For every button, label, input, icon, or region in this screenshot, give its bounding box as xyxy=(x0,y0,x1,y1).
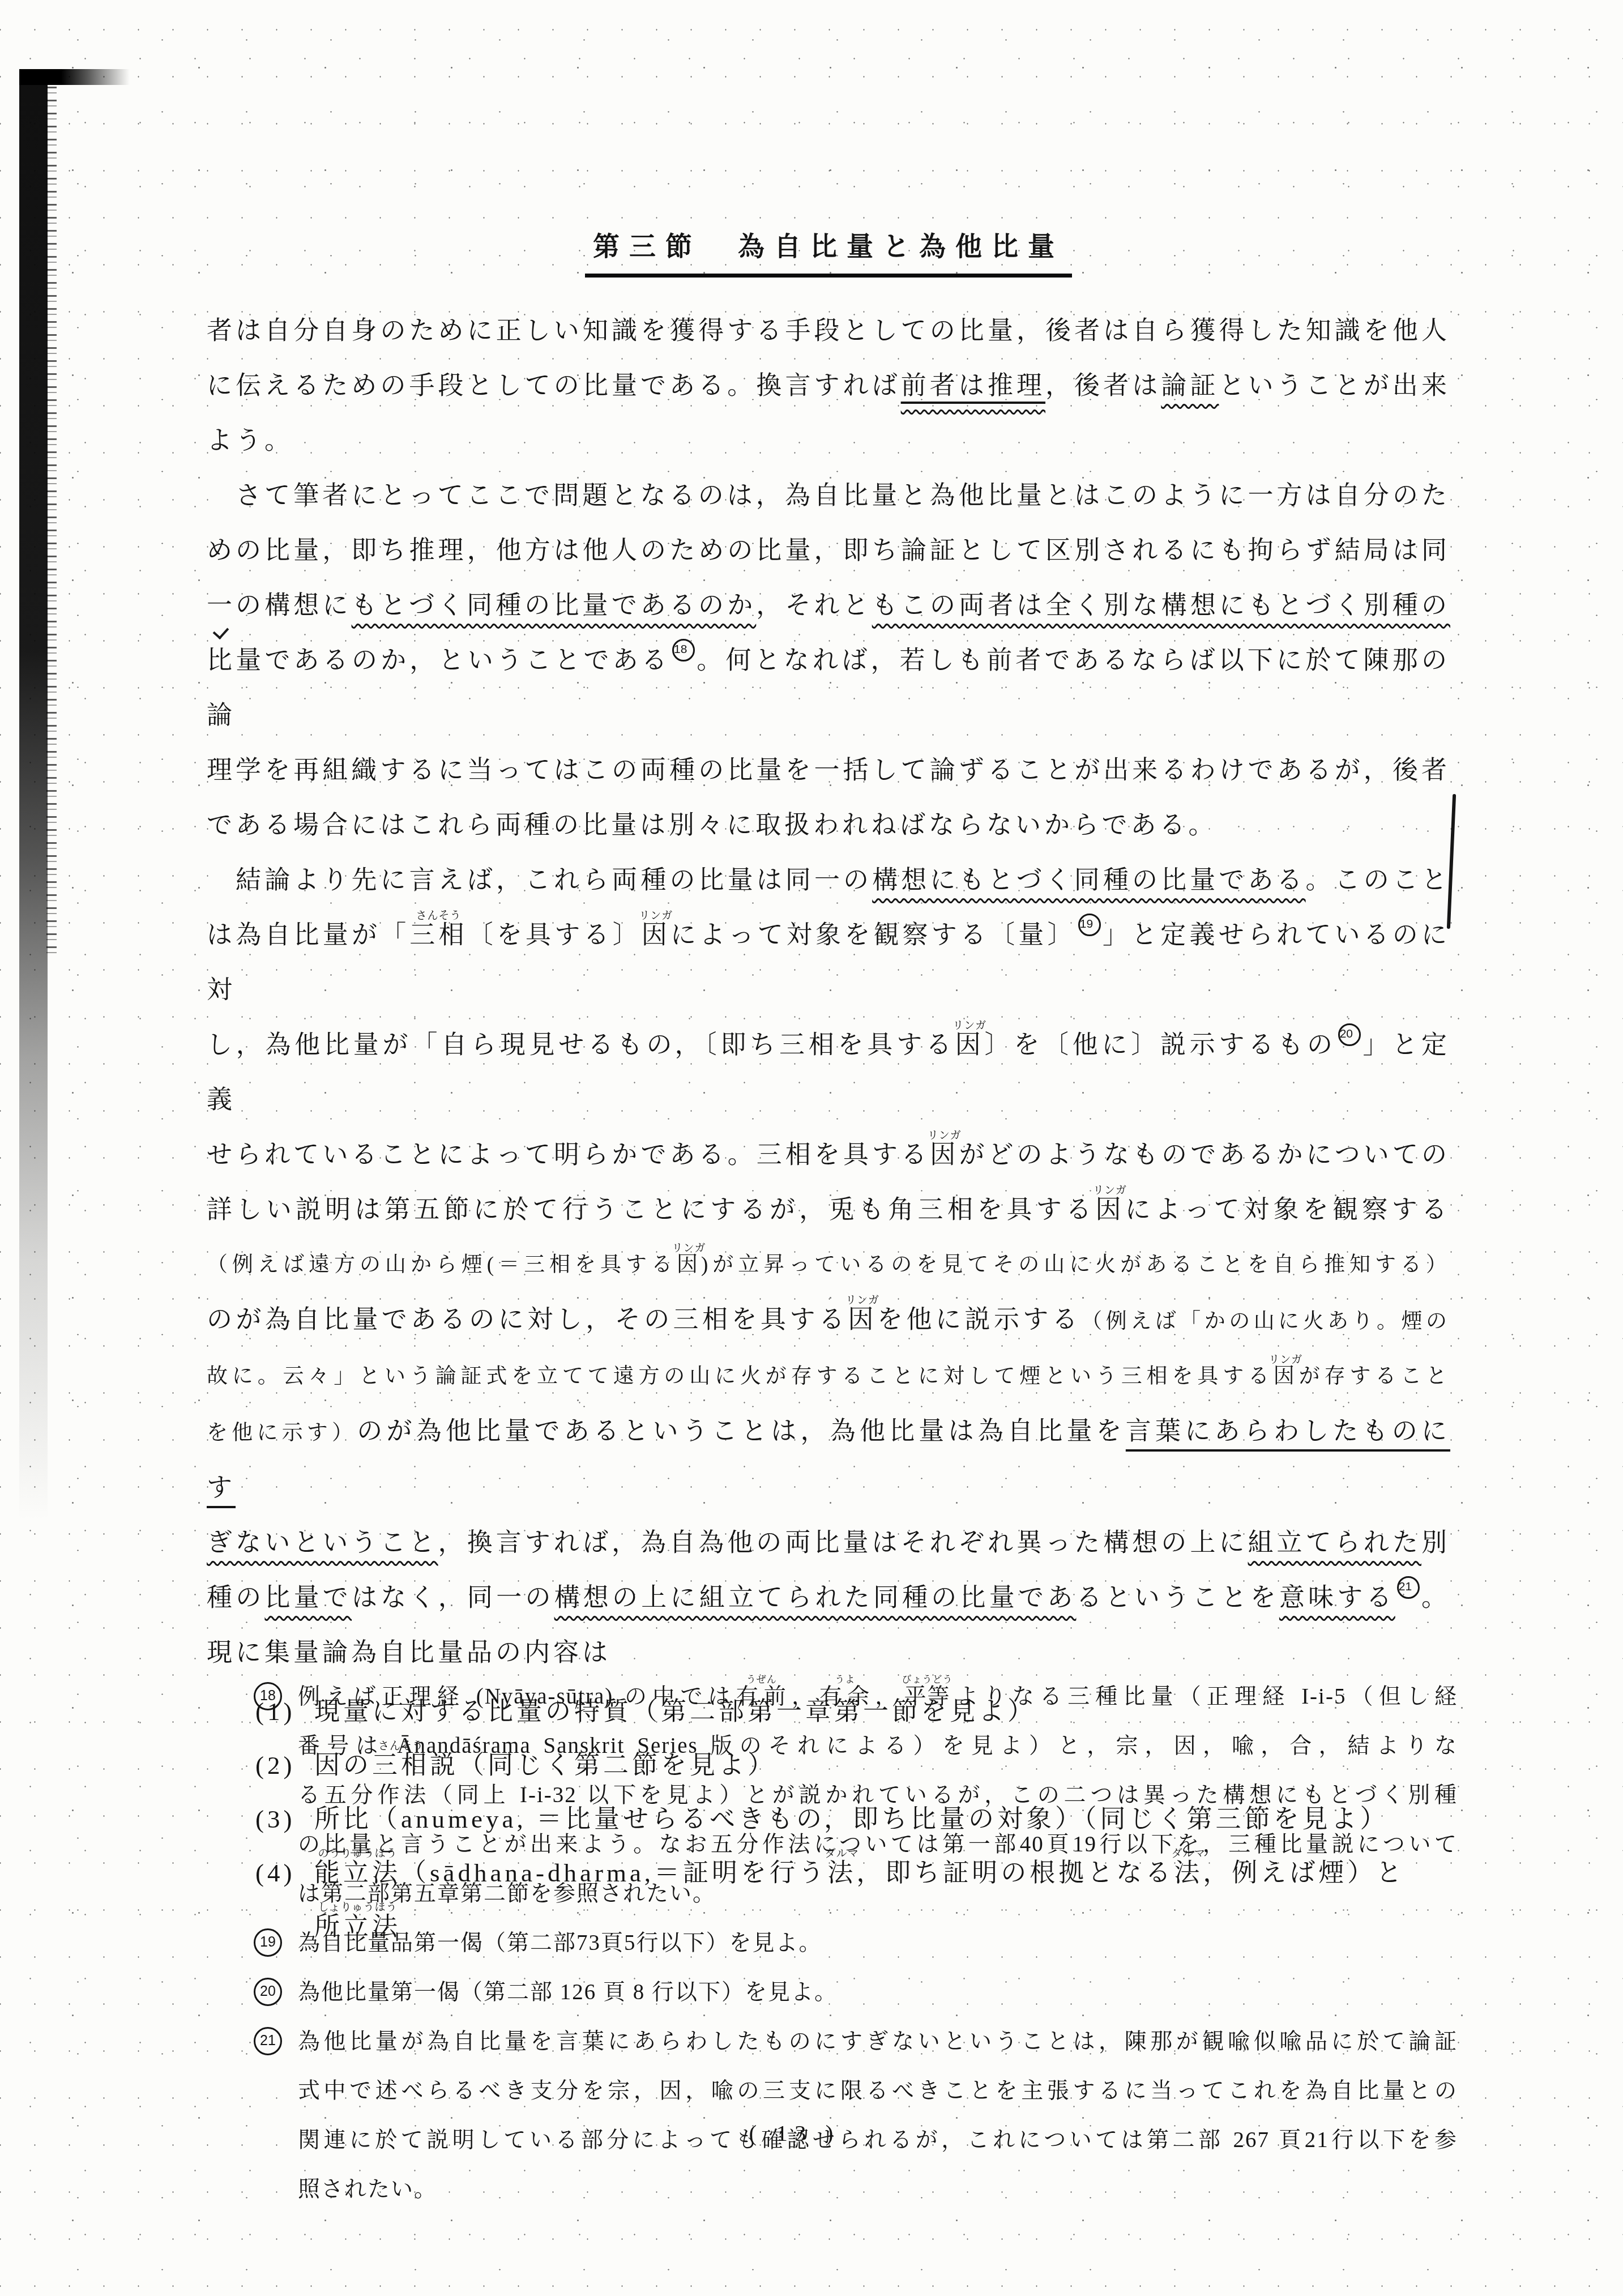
text-run: 式中で述べらるべき支分を宗，因，喩の三支に限るべきことを主張するに当ってこれを為… xyxy=(298,2079,1458,2103)
ruby-reading: さんそう xyxy=(409,910,467,922)
ruby-term: 因リンガ xyxy=(1274,1365,1298,1388)
text-run: せられていることによって明らかである。三相を具する xyxy=(207,1141,930,1169)
text-run: 理学を再組織するに当ってはこの両種の比量を一括して論ずることが出来るわけであるが… xyxy=(207,756,1450,784)
footnote-number: 18 xyxy=(254,1682,282,1710)
footnote-number: 20 xyxy=(254,1978,282,2006)
paragraph: 結論より先に言えば，これら両種の比量は同一の構想にもとづく同種の比量である。この… xyxy=(207,853,1450,1625)
ruby-term: 因リンガ xyxy=(848,1305,877,1334)
footnote-ref: 21 xyxy=(1397,1576,1420,1599)
text-run: （例えば「かの山に火あり。煙の xyxy=(1081,1310,1450,1333)
text-run: 〔を具する〕 xyxy=(468,921,642,949)
scan-edge-band xyxy=(19,71,48,1521)
text-run: はなく，同一の xyxy=(352,1584,554,1612)
text-run: のが為自比量であるのに対し，その三相を具する xyxy=(207,1305,848,1334)
ruby-term: 因リンガ xyxy=(930,1141,959,1169)
footnote-number: 19 xyxy=(254,1928,282,1957)
ruby-reading: うぜん xyxy=(736,1674,787,1685)
text-line: めの比量，即ち推理，他方は他人のための比量，即ち論証として区別されるにも拘らず結… xyxy=(207,523,1450,578)
text-run: 一の構想に xyxy=(207,591,352,620)
text-run: ，それと xyxy=(756,591,872,620)
text-line: 為他比量が為自比量を言葉にあらわしたものにすぎないということは，陳那が観喩似喩品… xyxy=(298,2017,1458,2066)
text-line: は為自比量が「三相さんそう〔を具する〕因リンガによって対象を観察する〔量〕19」… xyxy=(207,908,1450,1018)
text-run: 為他比量が為自比量を言葉にあらわしたものにすぎないということは，陳那が観喩似喩品… xyxy=(298,2029,1458,2054)
text-run: もとづく同種の比量であるのか xyxy=(352,591,757,620)
text-run: を他に説示する xyxy=(877,1305,1082,1334)
text-run: よう。 xyxy=(207,426,293,455)
scanned-page: { "document": { "title": "第三節 為自比量と為他比量"… xyxy=(0,0,1623,2296)
text-run: ，後者は xyxy=(1045,372,1161,400)
text-run: 為自比量品第一偈（第二部73頁5行以下）を見よ。 xyxy=(298,1931,822,1955)
footnote: 20為他比量第一偈（第二部 126 頁 8 行以下）を見よ。 xyxy=(254,1968,1458,2017)
section-title-wrap: 第三節 為自比量と為他比量 xyxy=(207,225,1450,278)
text-line: 一の構想にもとづく同種の比量であるのか，それともこの両者は全く別な構想にもとづく… xyxy=(207,578,1450,633)
ruby-reading: リンガ xyxy=(928,1130,962,1142)
text-run: （例えば遠方の山から煙(＝三相を具する xyxy=(207,1253,677,1277)
ruby-term: 因リンガ xyxy=(677,1253,701,1277)
ruby-term: 因リンガ xyxy=(955,1031,984,1059)
footnote-body: 為他比量第一偈（第二部 126 頁 8 行以下）を見よ。 xyxy=(298,1968,1458,2017)
text-run: 現に集量論為自比量品の内容は xyxy=(207,1638,611,1667)
ruby-term: 有前うぜん xyxy=(736,1684,792,1709)
text-run: 組立てられた xyxy=(1248,1529,1421,1557)
ruby-reading: リンガ xyxy=(1268,1354,1302,1366)
text-run: は為自比量が「 xyxy=(207,921,409,949)
text-line: し，為他比量が「自ら現見せるもの，〔即ち三相を具する因リンガ〕を〔他に〕説示する… xyxy=(207,1018,1450,1128)
paragraph: さて筆者にとってここで問題となるのは，為自比量と為他比量とはこのように一方は自分… xyxy=(207,468,1450,853)
text-line: る五分作法（同上 I-i-32 以下を見よ）とが説かれているが，この二つは異った… xyxy=(298,1770,1458,1820)
ruby-term: 平等びょうどう xyxy=(903,1684,952,1709)
text-run: 照されたい。 xyxy=(298,2177,437,2201)
footnote-ref: 19 xyxy=(1078,914,1101,936)
footnote-ref: 18 xyxy=(672,639,695,662)
text-line: 結論より先に言えば，これら両種の比量は同一の構想にもとづく同種の比量である。この… xyxy=(207,853,1450,908)
text-line: （例えば遠方の山から煙(＝三相を具する因リンガ)が立昇っているのを見てその山に火… xyxy=(207,1237,1450,1292)
ruby-reading: うよ xyxy=(819,1674,870,1685)
text-line: 番号は Ānandāśrama Sanskrit Series 版のそれによる）… xyxy=(298,1721,1458,1770)
text-line: の比量と言うことが出来よう。なお五分作法については第一部40頁19行以下を，三種… xyxy=(298,1820,1458,1869)
ruby-term: 因リンガ xyxy=(1095,1196,1124,1224)
text-run: ， xyxy=(792,1684,819,1709)
text-run: ，換言すれば，為自為他の両比量はそれぞれ異った構想の上に xyxy=(438,1529,1248,1557)
text-line: 式中で述べらるべき支分を宗，因，喩の三支に限るべきことを主張するに当ってこれを為… xyxy=(298,2066,1458,2115)
scan-edge-band-fray xyxy=(46,74,57,957)
text-run: 詳しい説明は第五節に於て行うことにするが，兎も角三相を具する xyxy=(207,1196,1095,1224)
ruby-reading: リンガ xyxy=(845,1295,879,1307)
text-run: 者は自分自身のために正しい知識を獲得する手段としての比量，後者は自ら獲得した知識… xyxy=(207,317,1450,345)
underline-emphasis: 前者は推理 xyxy=(901,372,1045,400)
text-run: 論証 xyxy=(1161,372,1219,400)
text-line: 比量であるのか，ということである18。何となれば，若しも前者であるならば以下に於… xyxy=(207,633,1450,743)
text-run: るということを xyxy=(1076,1584,1279,1612)
text-line: 故に。云々」という論証式を立てて遠方の山に火が存することに対して煙という三相を具… xyxy=(207,1349,1450,1404)
text-line: のが為自比量であるのに対し，その三相を具する因リンガを他に説示する（例えば「かの… xyxy=(207,1292,1450,1349)
text-run: 比量であるのか，ということである xyxy=(207,646,670,675)
text-run: めの比量，即ち推理，他方は他人のための比量，即ち論証として区別されるにも拘らず結… xyxy=(207,536,1450,565)
text-line: 種の比量ではなく，同一の構想の上に組立てられた同種の比量であるということを意味す… xyxy=(207,1571,1450,1625)
text-run: もこの両者は全く別な構想にもとづく別種の xyxy=(872,591,1450,620)
text-run: によって対象を観察する〔量〕 xyxy=(670,921,1077,949)
text-run: ぎないということ xyxy=(207,1529,438,1557)
text-run: 意味する xyxy=(1279,1584,1395,1612)
text-run: 種の xyxy=(207,1584,264,1612)
text-run: の比量と言うことが出来よう。なお五分作法については第一部40頁19行以下を，三種… xyxy=(298,1832,1458,1857)
text-run: 。 xyxy=(1421,1584,1450,1612)
footnote-body: 例えば正理経 (Nyāya-sūtra) の中では有前うぜん，有余うよ，平等びょ… xyxy=(298,1672,1458,1918)
text-run: 番号は Ānandāśrama Sanskrit Series 版のそれによる）… xyxy=(298,1734,1458,1758)
paragraph: 者は自分自身のために正しい知識を獲得する手段としての比量，後者は自ら獲得した知識… xyxy=(207,304,1450,468)
ruby-reading: リンガ xyxy=(672,1243,706,1254)
ruby-term: 有余うよ xyxy=(819,1684,875,1709)
text-run: によって対象を観察する xyxy=(1125,1196,1450,1224)
ruby-term: 因リンガ xyxy=(642,921,670,949)
footnote: 18例えば正理経 (Nyāya-sūtra) の中では有前うぜん，有余うよ，平等… xyxy=(254,1672,1458,1918)
text-run: がどのようなものであるかについての xyxy=(959,1141,1450,1169)
text-line: 詳しい説明は第五節に於て行うことにするが，兎も角三相を具する因リンガによって対象… xyxy=(207,1183,1450,1237)
text-run: よりなる三種比量（正理経 I-i-5（但し経 xyxy=(952,1684,1458,1709)
footnote-body: 為他比量が為自比量を言葉にあらわしたものにすぎないということは，陳那が観喩似喩品… xyxy=(298,2017,1458,2214)
text-run: ， xyxy=(875,1684,903,1709)
text-run: に伝えるための手段としての比量である。換言すれば xyxy=(207,372,901,400)
ruby-reading: リンガ xyxy=(1093,1185,1127,1197)
text-run: さて筆者にとってここで問題となるのは，為自比量と為他比量とはこのように一方は自分… xyxy=(207,481,1450,510)
text-run: ということが出来 xyxy=(1219,372,1450,400)
text-line: 為自比量品第一偈（第二部73頁5行以下）を見よ。 xyxy=(298,1918,1458,1968)
text-run: 例えば正理経 (Nyāya-sūtra) の中では xyxy=(298,1684,736,1709)
text-line: 為他比量第一偈（第二部 126 頁 8 行以下）を見よ。 xyxy=(298,1968,1458,2017)
footnote-number: 21 xyxy=(254,2027,282,2055)
ruby-reading: びょうどう xyxy=(902,1674,953,1685)
text-run: 別 xyxy=(1421,1529,1450,1557)
text-line: に伝えるための手段としての比量である。換言すれば前者は推理，後者は論証ということ… xyxy=(207,359,1450,413)
text-run: のが為他比量であるということは，為他比量は為自比量を xyxy=(357,1417,1126,1445)
text-run: 構想にもとづく同種の比量である xyxy=(872,866,1305,894)
scan-top-smear xyxy=(19,69,130,85)
text-run: 比量で xyxy=(264,1584,352,1612)
text-run: 故に。云々」という論証式を立てて遠方の山に火が存することに対して煙という三相を具… xyxy=(207,1365,1274,1388)
text-run: 為他比量第一偈（第二部 126 頁 8 行以下）を見よ。 xyxy=(298,1980,838,2004)
footnote-body: 為自比量品第一偈（第二部73頁5行以下）を見よ。 xyxy=(298,1918,1458,1968)
page-number: ( 13 ) xyxy=(0,2119,1589,2146)
text-run: し，為他比量が「自ら現見せるもの，〔即ち三相を具する xyxy=(207,1031,955,1059)
text-line: 照されたい。 xyxy=(298,2165,1458,2214)
text-line: 理学を再組織するに当ってはこの両種の比量を一括して論ずることが出来るわけであるが… xyxy=(207,743,1450,798)
text-line: は第二部第五章第二節を参照されたい。 xyxy=(298,1869,1458,1918)
text-run: 〕を〔他に〕説示するもの xyxy=(984,1031,1336,1059)
footnote: 19為自比量品第一偈（第二部73頁5行以下）を見よ。 xyxy=(254,1918,1458,1968)
text-line: せられていることによって明らかである。三相を具する因リンガがどのようなものである… xyxy=(207,1128,1450,1183)
text-run: である場合にはこれら両種の比量は別々に取扱われねばならないからである。 xyxy=(207,811,1218,839)
text-run: 結論より先に言えば，これら両種の比量は同一の xyxy=(207,866,872,894)
footnote-ref: 20 xyxy=(1338,1023,1361,1046)
text-run: を他に示す） xyxy=(207,1422,357,1445)
text-line: である場合にはこれら両種の比量は別々に取扱われねばならないからである。 xyxy=(207,798,1450,853)
text-run: 。このこと xyxy=(1306,866,1450,894)
ruby-reading: リンガ xyxy=(953,1020,986,1032)
text-run: る五分作法（同上 I-i-32 以下を見よ）とが説かれているが，この二つは異った… xyxy=(298,1783,1458,1807)
footnote: 21為他比量が為自比量を言葉にあらわしたものにすぎないということは，陳那が観喩似… xyxy=(254,2017,1458,2214)
text-run: )が立昇っているのを見てその山に火があることを自ら推知する） xyxy=(701,1253,1450,1277)
text-run: が存すること xyxy=(1298,1365,1450,1388)
text-line: ぎないということ，換言すれば，為自為他の両比量はそれぞれ異った構想の上に組立てら… xyxy=(207,1516,1450,1571)
text-line: よう。 xyxy=(207,413,1450,468)
text-line: さて筆者にとってここで問題となるのは，為自比量と為他比量とはこのように一方は自分… xyxy=(207,468,1450,523)
text-run: 前者は推理 xyxy=(901,372,1045,400)
text-line: 者は自分自身のために正しい知識を獲得する手段としての比量，後者は自ら獲得した知識… xyxy=(207,304,1450,359)
section-title: 第三節 為自比量と為他比量 xyxy=(585,225,1072,278)
text-line: 例えば正理経 (Nyāya-sūtra) の中では有前うぜん，有余うよ，平等びょ… xyxy=(298,1672,1458,1721)
text-run: 構想の上に組立てられた同種の比量であ xyxy=(554,1584,1077,1612)
ruby-reading: リンガ xyxy=(639,910,673,922)
ruby-term: 三相さんそう xyxy=(409,921,467,949)
text-run: は第二部第五章第二節を参照されたい。 xyxy=(298,1881,716,1906)
text-line: を他に示す）のが為他比量であるということは，為他比量は為自比量を言葉にあらわした… xyxy=(207,1404,1450,1516)
